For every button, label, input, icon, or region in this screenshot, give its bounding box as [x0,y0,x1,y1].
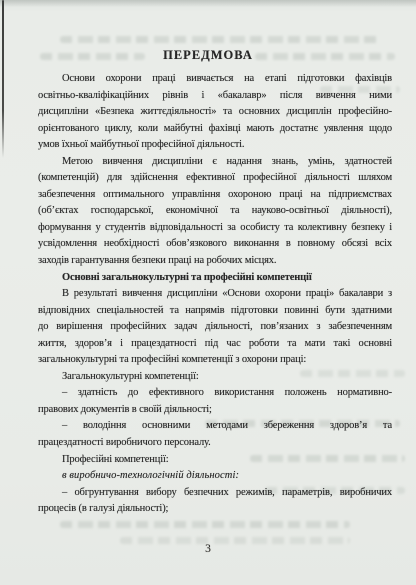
text-line: – обгрунтування вибору безпечних режимів… [38,485,392,502]
text-line: умов їхньої майбутньої професійної діяль… [38,137,392,154]
text-line: орієнтованого циклу, коли майбутні фахів… [38,121,392,138]
text-line: до вирішення професійних задач діяльност… [38,319,392,336]
text-line: – здатність до ефективного використання … [38,385,392,402]
text-line: В результаті вивчення дисципліни «Основи… [38,286,392,303]
text-line: Основи охорони праці вивчається на етапі… [38,71,392,88]
scanned-page: ПЕРЕДМОВА Основи охорони праці вивчаєтьс… [0,0,416,585]
scan-shadow-top [0,0,416,7]
text-line: в виробничо-технологічній діяльності: [38,468,392,485]
text-line: життя, здоров’я і працездатності під час… [38,336,392,353]
text-line: (компетенцій) для здійснення ефективної … [38,170,392,187]
text-line: формування у студентів відповідальності … [38,220,392,237]
text-line: забезпечення оптимального управління охо… [38,187,392,204]
scan-edge-line [2,0,4,158]
text-line: працездатності виробничого персоналу. [38,435,392,452]
text-line: правових документів в своїй діяльності; [38,402,392,419]
text-line: процесів (в галузі діяльності); [38,501,392,518]
text-line: відповідних спеціальностей та напрямів п… [38,303,392,320]
text-line: заходів гарантування безпеки праці на ро… [38,253,392,270]
text-line: Професійні компетенції: [38,452,392,469]
bleedthrough-artifact [60,36,380,43]
text-line: Загальнокультурні компетенції: [38,369,392,386]
page-number: 3 [0,543,416,555]
text-line: (об’єктах господарської, економічної та … [38,203,392,220]
text-line: усвідомлення необхідності обов’язкового … [38,236,392,253]
bleedthrough-artifact [60,521,350,528]
text-block: Основи охорони праці вивчається на етапі… [38,71,392,518]
text-line: – володіння основними методами збереженн… [38,418,392,435]
text-line: дисципліни «Безпека життєдіяльності» та … [38,104,392,121]
page-title: ПЕРЕДМОВА [0,48,416,63]
text-line: освітньо-кваліфікаційних рівнів і «бакал… [38,88,392,105]
text-line: Метою вивчення дисципліни є надання знан… [38,154,392,171]
text-line: загальнокультурні та професійні компетен… [38,352,392,369]
text-line: Основні загальнокультурні та професійні … [38,270,392,287]
